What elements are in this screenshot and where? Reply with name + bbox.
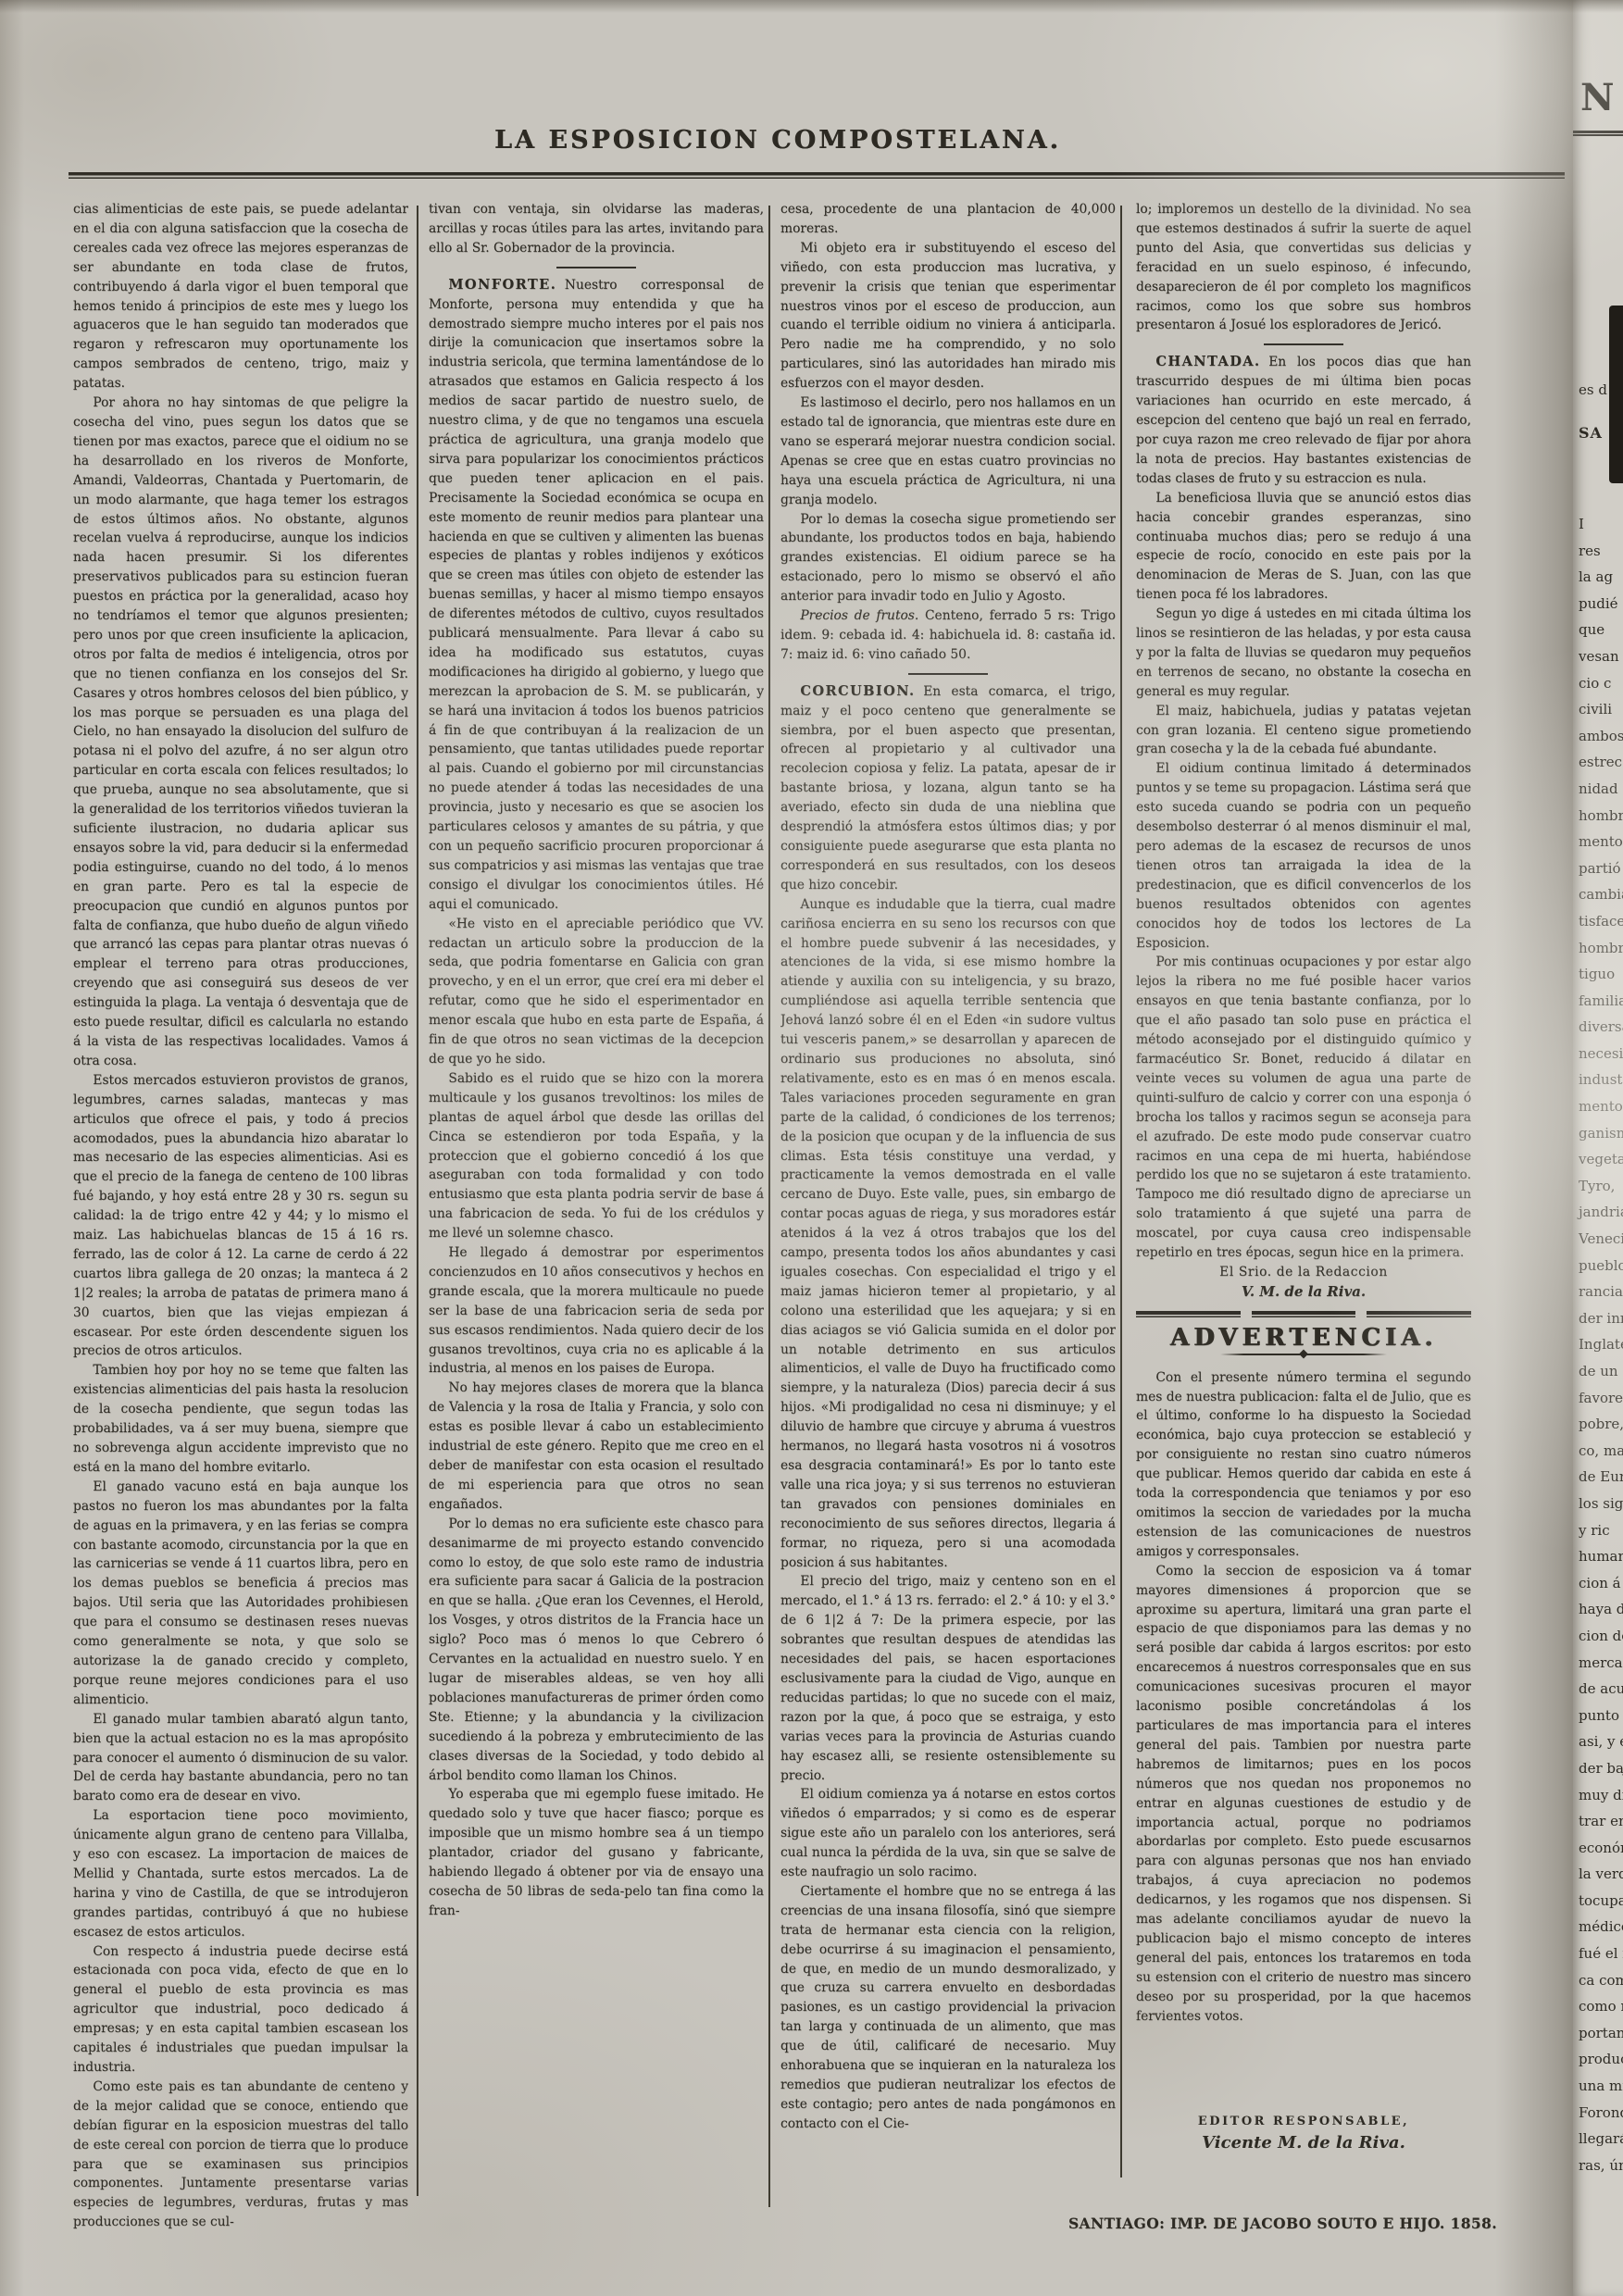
editor-name: Vicente M. de la Riva. bbox=[1136, 2133, 1471, 2152]
masthead-double-rule bbox=[69, 172, 1565, 179]
text-fragment: cio c bbox=[1579, 670, 1623, 697]
section-name: CHANTADA. bbox=[1155, 354, 1268, 369]
text-fragment: llegarán bbox=[1579, 2126, 1623, 2152]
section-divider bbox=[908, 673, 988, 675]
signature-line: El Srio. de la Redaccion bbox=[1136, 1263, 1471, 1282]
paragraph: Con el presente número termina el segund… bbox=[1136, 1368, 1471, 1562]
paragraph: Yo esperaba que mi egemplo fuese imitado… bbox=[429, 1785, 764, 1920]
paragraph: El ganado vacuno está en baja aunque los… bbox=[73, 1478, 408, 1710]
text-fragment: una min bbox=[1579, 2073, 1623, 2100]
text-fragment: ganism bbox=[1579, 1120, 1623, 1147]
section-divider bbox=[556, 267, 636, 268]
text-fragment: cion á bbox=[1579, 1570, 1623, 1597]
text-fragment: asi, y e bbox=[1579, 1728, 1623, 1755]
paragraph: Ciertamente el hombre que no se entrega … bbox=[780, 1882, 1116, 2134]
paragraph: «He visto en el apreciable periódico que… bbox=[429, 915, 764, 1069]
text-column-col1: cias alimenticias de este pais, se puede… bbox=[73, 200, 408, 2259]
text-fragment: trar en bbox=[1579, 1808, 1623, 1835]
paragraph: Con respecto á industria puede decirse e… bbox=[73, 1942, 408, 2078]
editor-label: EDITOR RESPONSABLE, bbox=[1136, 2115, 1471, 2128]
paragraph: He llegado á demostrar por esperimentos … bbox=[429, 1243, 764, 1379]
paragraph: Aunque es indudable que la tierra, cual … bbox=[780, 895, 1116, 1573]
adjacent-page-edge: N es d SA Iresla agpudiéquevesancio cciv… bbox=[1573, 0, 1623, 2296]
paragraph: Segun yo dige á ustedes en mi citada últ… bbox=[1136, 605, 1471, 702]
text-fragment: estrec bbox=[1579, 749, 1623, 776]
text-fragment: ca como bbox=[1579, 1967, 1623, 1994]
paragraph: tivan con ventaja, sin olvidarse las mad… bbox=[429, 200, 764, 258]
text-fragment: como nu bbox=[1579, 1993, 1623, 2020]
section-divider bbox=[1264, 343, 1343, 345]
text-fragment: der bajo bbox=[1579, 1755, 1623, 1782]
paragraph: lo; imploremos un destello de la divinid… bbox=[1136, 200, 1471, 335]
text-fragment: ras, únic bbox=[1579, 2152, 1623, 2179]
text-fragment: Foronda bbox=[1579, 2100, 1623, 2127]
text-fragment: cambia bbox=[1579, 881, 1623, 908]
text-fragment: haya dis bbox=[1579, 1596, 1623, 1623]
adjacent-page-letter: N bbox=[1580, 76, 1615, 119]
paragraph: El ganado mular tambien abarató algun ta… bbox=[73, 1710, 408, 1807]
adjacent-page-ink-block bbox=[1609, 306, 1623, 483]
text-fragment: ambos bbox=[1579, 723, 1623, 750]
paragraph: Sabido es el ruido que se hizo con la mo… bbox=[429, 1069, 764, 1243]
paragraph: El precio del trigo, maiz y centeno son … bbox=[780, 1572, 1116, 1785]
text-fragment: de un bbox=[1579, 1358, 1623, 1385]
text-fragment: cion de bbox=[1579, 1623, 1623, 1650]
text-fragment: vegeta bbox=[1579, 1146, 1623, 1173]
text-fragment: Tyro, bbox=[1579, 1173, 1623, 1200]
newspaper-page: LA ESPOSICION COMPOSTELANA. cias aliment… bbox=[0, 0, 1623, 2296]
section-name: CORCUBION. bbox=[800, 683, 923, 699]
text-fragment: diversa bbox=[1579, 1014, 1623, 1041]
text-fragment: que bbox=[1579, 617, 1623, 643]
text-fragment: necesid bbox=[1579, 1041, 1623, 1067]
paragraph: MONFORTE. Nuestro corresponsal de Monfor… bbox=[429, 276, 764, 915]
text-fragment: portanc bbox=[1579, 2020, 1623, 2047]
text-fragment: I bbox=[1579, 511, 1623, 538]
paragraph: Por ahora no hay sintomas de que peligre… bbox=[73, 393, 408, 1071]
text-fragment: muy dif bbox=[1579, 1782, 1623, 1809]
text-fragment: mento bbox=[1579, 1093, 1623, 1120]
paragraph: Es lastimoso el decirlo, pero nos hallam… bbox=[780, 393, 1116, 509]
text-fragment: pudié bbox=[1579, 591, 1623, 618]
text-fragment: jandria, bbox=[1579, 1199, 1623, 1226]
paragraph: Tambien hoy por hoy no se teme que falte… bbox=[73, 1361, 408, 1477]
text-fragment: nidad bbox=[1579, 776, 1623, 803]
heavy-divider bbox=[1136, 1311, 1471, 1317]
text-fragment: tiguo bbox=[1579, 961, 1623, 988]
text-fragment: de Euro bbox=[1579, 1464, 1623, 1491]
text-fragment: favorec bbox=[1579, 1385, 1623, 1412]
text-column-col2: tivan con ventaja, sin olvidarse las mad… bbox=[429, 200, 764, 2190]
paragraph: CORCUBION. En esta comarca, el trigo, ma… bbox=[780, 682, 1116, 895]
paragraph: No hay mejores clases de morera que la b… bbox=[429, 1379, 764, 1514]
paragraph: Por lo demas la cosecha sigue prometiend… bbox=[780, 510, 1116, 607]
text-column-col4: lo; imploremos un destello de la divinid… bbox=[1136, 200, 1471, 2113]
column-divider-3 bbox=[1120, 206, 1122, 2177]
paragraph: CHANTADA. En los pocos dias que han tras… bbox=[1136, 353, 1471, 488]
imprint-line: SANTIAGO: IMP. DE JACOBO SOUTO E HIJO. 1… bbox=[1049, 2215, 1517, 2232]
adjacent-page-text-fragments: Iresla agpudiéquevesancio cciviliamboses… bbox=[1579, 511, 1623, 2178]
italic-lead: Precios de frutos. bbox=[800, 608, 925, 623]
text-fragment: der inn bbox=[1579, 1305, 1623, 1332]
text-fragment: económ bbox=[1579, 1835, 1623, 1862]
advertencia-title: ADVERTENCIA. bbox=[1136, 1329, 1471, 1348]
text-fragment: pobre, bbox=[1579, 1411, 1623, 1438]
text-fragment: familia bbox=[1579, 988, 1623, 1015]
text-fragment: los sigl bbox=[1579, 1491, 1623, 1517]
paragraph: Estos mercados estuvieron provistos de g… bbox=[73, 1071, 408, 1362]
text-fragment: Venecia bbox=[1579, 1226, 1623, 1253]
text-fragment: humana bbox=[1579, 1543, 1623, 1570]
paragraph: Precios de frutos. Centeno, ferrado 5 rs… bbox=[780, 606, 1116, 665]
text-fragment: Inglate bbox=[1579, 1331, 1623, 1358]
column-divider-1 bbox=[417, 206, 418, 2196]
text-fragment: hombre bbox=[1579, 935, 1623, 962]
signature-line: V. M. de la Riva. bbox=[1136, 1282, 1471, 1302]
newspaper-title: LA ESPOSICION COMPOSTELANA. bbox=[19, 126, 1537, 155]
adjacent-page-fragment: SA bbox=[1579, 424, 1603, 442]
flourish-diamond bbox=[1299, 1349, 1308, 1358]
text-fragment: co, ma bbox=[1579, 1438, 1623, 1465]
text-fragment: pueblos bbox=[1579, 1253, 1623, 1279]
text-fragment: punto ta bbox=[1579, 1703, 1623, 1729]
paragraph: Mi objeto era ir substituyendo el esceso… bbox=[780, 239, 1116, 393]
paragraph: El oidium comienza ya á notarse en estos… bbox=[780, 1785, 1116, 1882]
editor-block: EDITOR RESPONSABLE, Vicente M. de la Riv… bbox=[1136, 2115, 1471, 2152]
text-fragment: hombr bbox=[1579, 803, 1623, 830]
text-fragment: industr bbox=[1579, 1067, 1623, 1093]
text-fragment: tocupac bbox=[1579, 1888, 1623, 1915]
paragraph: cesa, procedente de una plantacion de 40… bbox=[780, 200, 1116, 239]
text-fragment: civili bbox=[1579, 696, 1623, 723]
text-fragment: tisface bbox=[1579, 908, 1623, 935]
adjacent-page-fragment: es d bbox=[1579, 381, 1607, 398]
text-column-col3: cesa, procedente de una plantacion de 40… bbox=[780, 200, 1116, 2289]
text-fragment: rancia bbox=[1579, 1279, 1623, 1305]
paragraph: La beneficiosa lluvia que se anunció est… bbox=[1136, 489, 1471, 605]
title-flourish-ornament bbox=[1220, 1350, 1387, 1359]
paragraph: cias alimenticias de este pais, se puede… bbox=[73, 200, 408, 393]
text-fragment: la ag bbox=[1579, 564, 1623, 591]
paragraph: El oidium continua limitado á determinad… bbox=[1136, 759, 1471, 953]
paragraph: El maiz, habichuela, judias y patatas ve… bbox=[1136, 702, 1471, 760]
paragraph: La esportacion tiene poco movimiento, ún… bbox=[73, 1806, 408, 1941]
text-fragment: fué el f bbox=[1579, 1940, 1623, 1967]
paragraph: Como la seccion de esposicion va á tomar… bbox=[1136, 1562, 1471, 2027]
adjacent-page-rule bbox=[1573, 131, 1623, 136]
text-fragment: vesan bbox=[1579, 643, 1623, 670]
text-fragment: médico bbox=[1579, 1914, 1623, 1940]
page-fold-shadow bbox=[1495, 0, 1573, 2296]
text-fragment: res bbox=[1579, 538, 1623, 565]
text-fragment: de acue bbox=[1579, 1676, 1623, 1703]
heavy-divider-segment bbox=[1252, 1311, 1356, 1317]
paragraph: Por mis continuas ocupaciones y por esta… bbox=[1136, 953, 1471, 1263]
heavy-divider-segment bbox=[1367, 1311, 1471, 1317]
text-fragment: la verda bbox=[1579, 1861, 1623, 1888]
column-divider-2 bbox=[768, 206, 770, 2207]
paragraph: Como este pais es tan abundante de cente… bbox=[73, 2078, 408, 2232]
text-fragment: partió bbox=[1579, 855, 1623, 882]
heavy-divider-segment bbox=[1136, 1311, 1241, 1317]
text-fragment: mento bbox=[1579, 829, 1623, 855]
paragraph: Por lo demas no era suficiente este chas… bbox=[429, 1515, 764, 1786]
section-name: MONFORTE. bbox=[448, 277, 565, 293]
text-fragment: y ric bbox=[1579, 1517, 1623, 1544]
text-fragment: producti bbox=[1579, 2046, 1623, 2073]
text-fragment: mercant bbox=[1579, 1650, 1623, 1677]
